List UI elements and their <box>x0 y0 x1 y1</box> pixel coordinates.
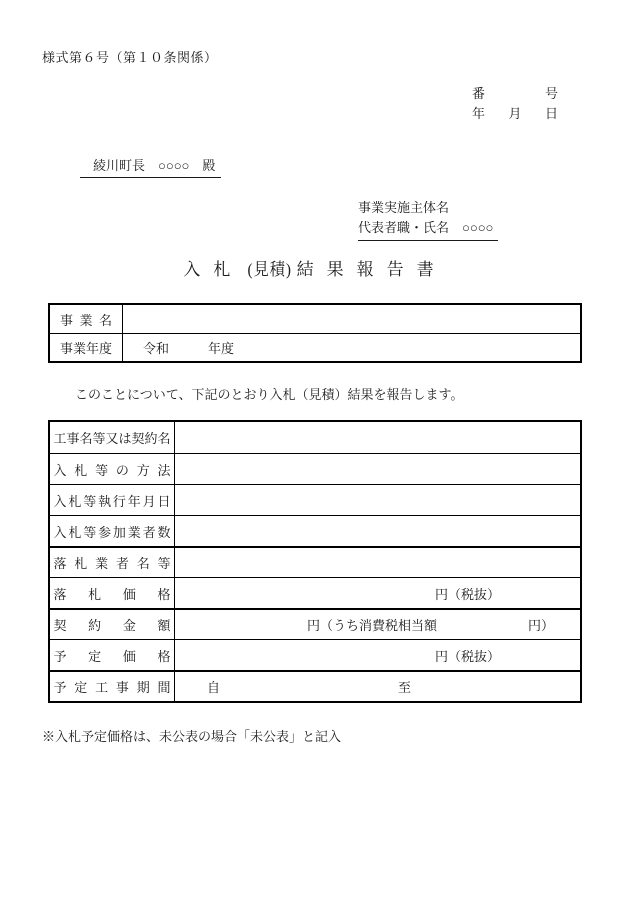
bid-method-label-cell: 入札等の方法 <box>50 454 175 484</box>
project-year-label-cell: 事業年度 <box>50 334 123 361</box>
bid-method-value <box>175 454 580 484</box>
bid-method-label: 入札等の方法 <box>54 460 171 479</box>
title-pre: 入札 <box>183 260 243 279</box>
participants-label-cell: 入札等参加業者数 <box>50 516 175 546</box>
winner-name-value <box>175 548 580 577</box>
table-row-construction-period: 予定工事期間 自 至 <box>50 670 580 701</box>
period-to-label: 至 <box>398 677 411 696</box>
winner-name-label-cell: 落札業者名等 <box>50 548 175 577</box>
title-paren: (見積) <box>248 255 292 280</box>
project-year-label: 事業年度 <box>60 338 112 357</box>
intro-sentence: このことについて、下記のとおり入札（見積）結果を報告します。 <box>75 384 463 403</box>
participants-value <box>175 516 580 546</box>
addressee-line: 綾川町長 ○○○○ 殿 <box>80 155 221 178</box>
table-row-contract-name: 工事名等又は契約名 <box>50 422 580 453</box>
title-row: 入札(見積)結果報告書 <box>0 255 630 280</box>
report-form-page: 様式第６号（第１０条関係） 番 号 年 月 日 綾川町長 ○○○○ 殿 事業実施… <box>0 0 630 903</box>
period-from-label: 自 <box>207 677 220 696</box>
winning-price-label-cell: 落札価格 <box>50 578 175 608</box>
contract-name-label: 工事名等又は契約名 <box>54 428 171 447</box>
project-year-value: 令和 年度 <box>123 334 580 361</box>
construction-period-label: 予定工事期間 <box>54 677 171 696</box>
contract-amount-value: 円（うち消費税相当額 円） <box>175 610 580 639</box>
project-name-label: 事業名 <box>60 310 112 329</box>
document-number-line: 番 号 <box>472 84 558 104</box>
winning-price-value: 円（税抜） <box>175 578 580 608</box>
table-row-project-year: 事業年度 令和 年度 <box>50 333 580 361</box>
table-row-winner-name: 落札業者名等 <box>50 546 580 577</box>
planned-price-label-cell: 予定価格 <box>50 640 175 670</box>
contract-amount-label: 契約金額 <box>54 615 171 634</box>
contract-name-value <box>175 422 580 453</box>
entity-name-label: 事業実施主体名 <box>358 198 498 218</box>
footnote: ※入札予定価格は、未公表の場合「未公表」と記入 <box>42 726 341 745</box>
winner-name-label: 落札業者名等 <box>54 553 171 572</box>
project-name-label-cell: 事業名 <box>50 305 123 333</box>
document-number-block: 番 号 年 月 日 <box>472 84 558 124</box>
project-name-value <box>123 305 580 333</box>
addressee-block: 綾川町長 ○○○○ 殿 <box>80 155 221 178</box>
document-date-line: 年 月 日 <box>472 104 558 124</box>
construction-period-label-cell: 予定工事期間 <box>50 672 175 701</box>
winning-price-label: 落札価格 <box>54 584 171 603</box>
form-number: 様式第６号（第１０条関係） <box>42 47 218 66</box>
table-row-contract-amount: 契約金額 円（うち消費税相当額 円） <box>50 608 580 639</box>
title-post: 結果報告書 <box>297 260 447 279</box>
contract-amount-label-cell: 契約金額 <box>50 610 175 639</box>
planned-price-label: 予定価格 <box>54 646 171 665</box>
table-row-participants: 入札等参加業者数 <box>50 515 580 546</box>
page-title: 入札(見積)結果報告書 <box>0 255 630 280</box>
table-row-winning-price: 落札価格 円（税抜） <box>50 577 580 608</box>
table-row-planned-price: 予定価格 円（税抜） <box>50 639 580 670</box>
sender-block: 事業実施主体名 代表者職・氏名 ○○○○ <box>358 198 498 241</box>
construction-period-value: 自 至 <box>175 672 580 701</box>
contract-name-label-cell: 工事名等又は契約名 <box>50 422 175 453</box>
bid-date-label-cell: 入札等執行年月日 <box>50 485 175 515</box>
summary-table: 事業名 事業年度 令和 年度 <box>48 303 582 363</box>
bid-date-label: 入札等執行年月日 <box>54 491 171 510</box>
result-table: 工事名等又は契約名 入札等の方法 入札等執行年月日 入札等参加業者数 落札業者名… <box>48 420 582 703</box>
planned-price-value: 円（税抜） <box>175 640 580 670</box>
participants-label: 入札等参加業者数 <box>54 522 171 541</box>
representative-line: 代表者職・氏名 ○○○○ <box>358 218 498 241</box>
table-row-project-name: 事業名 <box>50 305 580 333</box>
table-row-bid-date: 入札等執行年月日 <box>50 484 580 515</box>
bid-date-value <box>175 485 580 515</box>
table-row-bid-method: 入札等の方法 <box>50 453 580 484</box>
